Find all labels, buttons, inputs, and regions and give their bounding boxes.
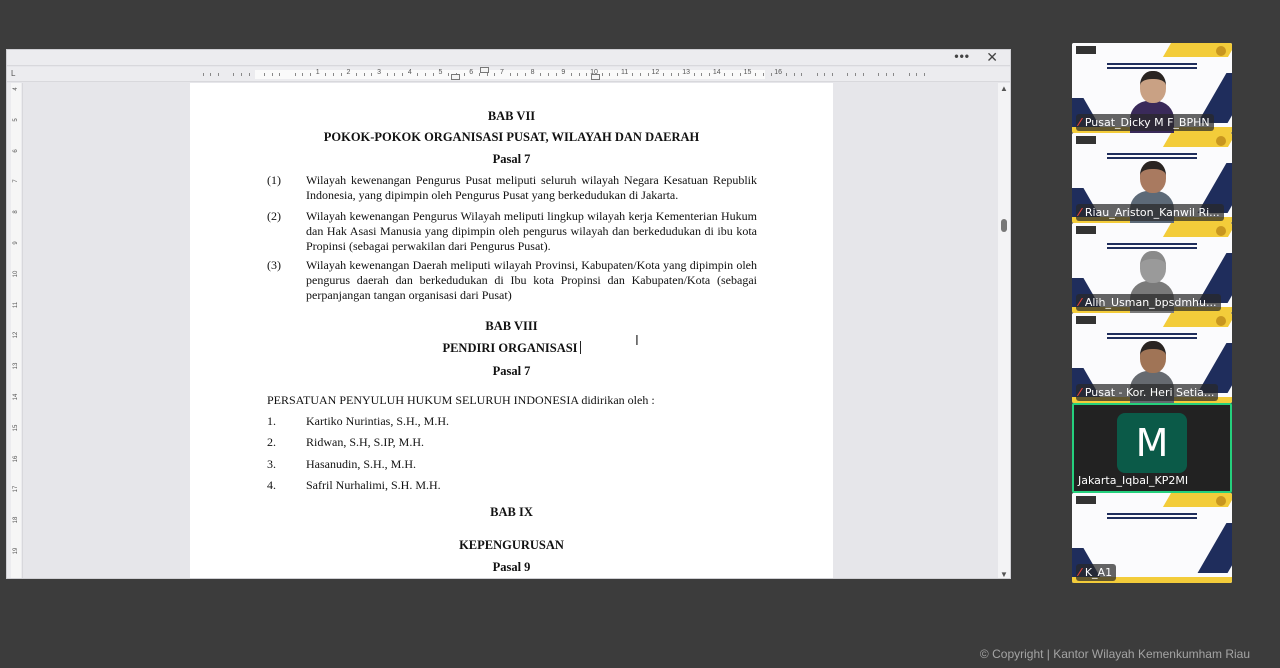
ruler-tick <box>249 73 250 76</box>
mic-muted-icon: ⁄ <box>1079 204 1081 221</box>
vertical-ruler-number: 5 <box>13 115 19 125</box>
vertical-ruler-number: 10 <box>13 269 19 279</box>
ruler-tick <box>295 73 296 76</box>
ruler-tick <box>924 73 925 76</box>
chapter-heading: BAB IX <box>190 505 833 520</box>
clause-text: Wilayah kewenangan Daerah meliputi wilay… <box>306 258 757 304</box>
participant-name-label: ⁄Pusat_Dicky M F_BPHN <box>1076 114 1214 131</box>
mic-muted-icon: ⁄ <box>1079 294 1081 311</box>
ruler-tick <box>556 73 557 76</box>
vertical-ruler-number: 6 <box>13 146 19 156</box>
ruler-number: 13 <box>682 69 690 76</box>
ruler-number: 7 <box>500 69 504 76</box>
participant-name: Alih_Usman_bpsdmhu... <box>1085 296 1217 309</box>
shared-document-window: ••• ✕ L 12345678910111213141516 45678910… <box>6 49 1011 579</box>
slide-title <box>1107 153 1197 155</box>
slide-title <box>1107 513 1197 515</box>
ruler-tick <box>709 73 710 76</box>
ruler-tick <box>487 73 488 76</box>
participant-tile[interactable]: ⁄Riau_Ariston_Kanwil Ri... <box>1072 133 1232 223</box>
participant-name: Pusat_Dicky M F_BPHN <box>1085 116 1210 129</box>
participant-name: Pusat - Kor. Heri Setia... <box>1085 386 1215 399</box>
scroll-thumb[interactable] <box>1001 219 1007 232</box>
ruler-number: 2 <box>346 69 350 76</box>
ruler-tick <box>855 73 856 76</box>
ruler-tick <box>279 73 280 76</box>
vertical-ruler-number: 4 <box>13 84 19 94</box>
close-icon[interactable]: ✕ <box>986 49 998 65</box>
ruler-tick <box>494 73 495 76</box>
vertical-scrollbar[interactable]: ▲ ▼ <box>998 83 1010 579</box>
ruler-tick <box>786 73 787 76</box>
emblem-icon <box>1216 226 1226 236</box>
participant-tile[interactable]: ⁄Pusat_Dicky M F_BPHN <box>1072 43 1232 133</box>
ruler-tick <box>694 73 695 76</box>
article-heading: Pasal 7 <box>190 364 833 379</box>
ruler-tick <box>233 73 234 76</box>
ruler-tick <box>586 73 587 76</box>
clause-text: Wilayah kewenangan Pengurus Pusat melipu… <box>306 173 757 203</box>
ruler-tick <box>433 73 434 76</box>
ruler-tick <box>302 73 303 76</box>
article-heading: Pasal 9 <box>190 560 833 575</box>
ruler-tick <box>763 73 764 76</box>
ministry-logo <box>1076 496 1096 504</box>
ruler-tick <box>893 73 894 76</box>
vertical-ruler-number: 13 <box>13 361 19 371</box>
ruler-tick <box>479 73 480 76</box>
slide-title <box>1107 63 1197 65</box>
ruler-tick <box>724 73 725 76</box>
ministry-logo <box>1076 316 1096 324</box>
founder-name: Ridwan, S.H, S.IP, M.H. <box>306 435 424 450</box>
chapter-heading: BAB VII <box>190 109 833 124</box>
slide-title <box>1107 243 1197 245</box>
ruler-number: 9 <box>561 69 565 76</box>
ministry-logo <box>1076 226 1096 234</box>
ruler-tick <box>371 73 372 76</box>
ruler-tick <box>909 73 910 76</box>
vertical-ruler-number: 12 <box>13 330 19 340</box>
ruler-number: 6 <box>469 69 473 76</box>
ruler-tick <box>824 73 825 76</box>
participant-name-label: ⁄Pusat - Kor. Heri Setia... <box>1076 384 1218 401</box>
participant-gallery: ⁄Pusat_Dicky M F_BPHN⁄Riau_Ariston_Kanwi… <box>1072 43 1232 583</box>
slide-title <box>1107 333 1197 335</box>
founder-name: Kartiko Nurintias, S.H., M.H. <box>306 414 449 429</box>
ruler-tick <box>663 73 664 76</box>
ruler-tick <box>648 73 649 76</box>
ruler-tick <box>264 73 265 76</box>
ruler-tick <box>755 73 756 76</box>
ruler-scale: 12345678910111213141516 <box>187 70 827 79</box>
founder-number: 4. <box>267 478 276 493</box>
copyright-footer: © Copyright | Kantor Wilayah Kemenkumham… <box>980 647 1250 661</box>
ruler-tick <box>387 73 388 76</box>
emblem-icon <box>1216 316 1226 326</box>
ruler-tick <box>510 73 511 76</box>
tab-stop-selector[interactable]: L <box>11 69 15 78</box>
ruler-tick <box>740 73 741 76</box>
ruler-tick <box>402 73 403 76</box>
ruler-number: 15 <box>744 69 752 76</box>
ruler-tick <box>847 73 848 76</box>
ruler-tick <box>325 73 326 76</box>
ruler-tick <box>640 73 641 76</box>
ruler-tick <box>272 73 273 76</box>
ruler-tick <box>417 73 418 76</box>
ruler-tick <box>356 73 357 76</box>
founder-number: 1. <box>267 414 276 429</box>
vertical-ruler-number: 19 <box>13 546 19 556</box>
ruler-tick <box>241 73 242 76</box>
ruler-tick <box>771 73 772 76</box>
document-titlebar: ••• ✕ <box>7 50 1010 66</box>
participant-name-label: Jakarta_Iqbal_KP2MI <box>1076 472 1192 489</box>
ruler-tick <box>571 73 572 76</box>
participant-name: Riau_Ariston_Kanwil Ri... <box>1085 206 1220 219</box>
vertical-ruler-number: 16 <box>13 454 19 464</box>
ruler-tick <box>678 73 679 76</box>
ruler-number: 12 <box>651 69 659 76</box>
ruler-tick <box>878 73 879 76</box>
ruler-number: 11 <box>621 69 628 76</box>
ruler-tick <box>464 73 465 76</box>
ruler-tick <box>886 73 887 76</box>
ruler-tick <box>632 73 633 76</box>
ruler-tick <box>525 73 526 76</box>
ruler-tick <box>916 73 917 76</box>
participant-name-label: ⁄Riau_Ariston_Kanwil Ri... <box>1076 204 1224 221</box>
participant-name-label: ⁄Alih_Usman_bpsdmhu... <box>1076 294 1221 311</box>
ruler-tick <box>801 73 802 76</box>
mic-muted-icon: ⁄ <box>1079 384 1081 401</box>
participant-tile[interactable]: ⁄K_A1 <box>1072 493 1232 583</box>
chapter-title: KEPENGURUSAN <box>190 538 833 553</box>
right-indent-marker[interactable] <box>591 74 600 80</box>
founder-name: Safril Nurhalimi, S.H. M.H. <box>306 478 441 493</box>
ruler-tick <box>448 73 449 76</box>
participant-name-label: ⁄K_A1 <box>1076 564 1116 581</box>
chapter-title: POKOK-POKOK ORGANISASI PUSAT, WILAYAH DA… <box>190 130 833 145</box>
founders-intro: PERSATUAN PENYULUH HUKUM SELURUH INDONES… <box>267 393 655 408</box>
ruler-tick <box>394 73 395 76</box>
ruler-tick <box>817 73 818 76</box>
clause-number: (2) <box>267 209 281 224</box>
vertical-ruler-number: 8 <box>13 207 19 217</box>
participant-tile[interactable]: ⁄Alih_Usman_bpsdmhu... <box>1072 223 1232 313</box>
participant-avatar: M <box>1117 413 1187 473</box>
emblem-icon <box>1216 496 1226 506</box>
ministry-logo <box>1076 46 1096 54</box>
ruler-tick <box>832 73 833 76</box>
vertical-ruler-number: 15 <box>13 423 19 433</box>
chapter-title: PENDIRI ORGANISASI <box>442 341 577 355</box>
clause-number: (1) <box>267 173 281 188</box>
ruler-tick <box>863 73 864 76</box>
left-indent-marker[interactable] <box>451 74 460 80</box>
emblem-icon <box>1216 136 1226 146</box>
vertical-ruler-number: 14 <box>13 392 19 402</box>
ruler-number: 3 <box>377 69 381 76</box>
ruler-tick <box>602 73 603 76</box>
ruler-tick <box>425 73 426 76</box>
chapter-title-line: PENDIRI ORGANISASI <box>190 341 833 356</box>
chapter-heading: BAB VIII <box>190 319 833 334</box>
mic-muted-icon: ⁄ <box>1079 564 1081 581</box>
ruler-tick <box>364 73 365 76</box>
vertical-ruler-number: 9 <box>13 238 19 248</box>
horizontal-ruler[interactable]: L 12345678910111213141516 <box>7 67 1010 82</box>
ruler-tick <box>579 73 580 76</box>
clause-text: Wilayah kewenangan Pengurus Wilayah meli… <box>306 209 757 255</box>
participant-name: Jakarta_Iqbal_KP2MI <box>1078 474 1188 487</box>
ruler-tick <box>333 73 334 76</box>
clause-number: (3) <box>267 258 281 273</box>
founder-number: 3. <box>267 457 276 472</box>
vertical-ruler-number: 17 <box>13 484 19 494</box>
ruler-tick <box>548 73 549 76</box>
ruler-tick <box>794 73 795 76</box>
ruler-tick <box>517 73 518 76</box>
ruler-number: 14 <box>713 69 721 76</box>
scroll-up-icon[interactable]: ▲ <box>1000 84 1008 93</box>
vertical-ruler-number: 7 <box>13 176 19 186</box>
participant-name: K_A1 <box>1085 566 1112 579</box>
ruler-tick <box>210 73 211 76</box>
text-cursor-icon: I <box>635 334 639 349</box>
ruler-tick <box>341 73 342 76</box>
ruler-number: 5 <box>439 69 443 76</box>
vertical-ruler-number: 18 <box>13 515 19 525</box>
ruler-tick <box>732 73 733 76</box>
document-page[interactable]: BAB VII POKOK-POKOK ORGANISASI PUSAT, WI… <box>190 83 833 579</box>
ruler-tick <box>218 73 219 76</box>
ruler-number: 16 <box>774 69 782 76</box>
ruler-number: 8 <box>531 69 535 76</box>
ruler-tick <box>671 73 672 76</box>
founder-name: Hasanudin, S.H., M.H. <box>306 457 416 472</box>
participant-tile[interactable]: MJakarta_Iqbal_KP2MI <box>1072 403 1232 493</box>
ruler-tick <box>617 73 618 76</box>
ruler-tick <box>609 73 610 76</box>
mic-muted-icon: ⁄ <box>1079 114 1081 131</box>
vertical-ruler-number: 11 <box>13 300 19 310</box>
participant-tile[interactable]: ⁄Pusat - Kor. Heri Setia... <box>1072 313 1232 403</box>
more-options-button[interactable]: ••• <box>954 50 970 63</box>
ruler-tick <box>310 73 311 76</box>
ruler-tick <box>701 73 702 76</box>
meeting-stage: ••• ✕ L 12345678910111213141516 45678910… <box>0 0 1280 668</box>
emblem-icon <box>1216 46 1226 56</box>
ruler-tick <box>540 73 541 76</box>
scroll-down-icon[interactable]: ▼ <box>1000 570 1008 579</box>
ruler-number: 1 <box>316 69 320 76</box>
ruler-number: 4 <box>408 69 412 76</box>
first-line-indent-marker[interactable] <box>480 67 489 73</box>
article-heading: Pasal 7 <box>190 152 833 167</box>
vertical-ruler[interactable]: 45678910111213141516171819 <box>7 83 23 579</box>
ministry-logo <box>1076 136 1096 144</box>
text-caret <box>580 341 581 354</box>
ruler-tick <box>203 73 204 76</box>
founder-number: 2. <box>267 435 276 450</box>
